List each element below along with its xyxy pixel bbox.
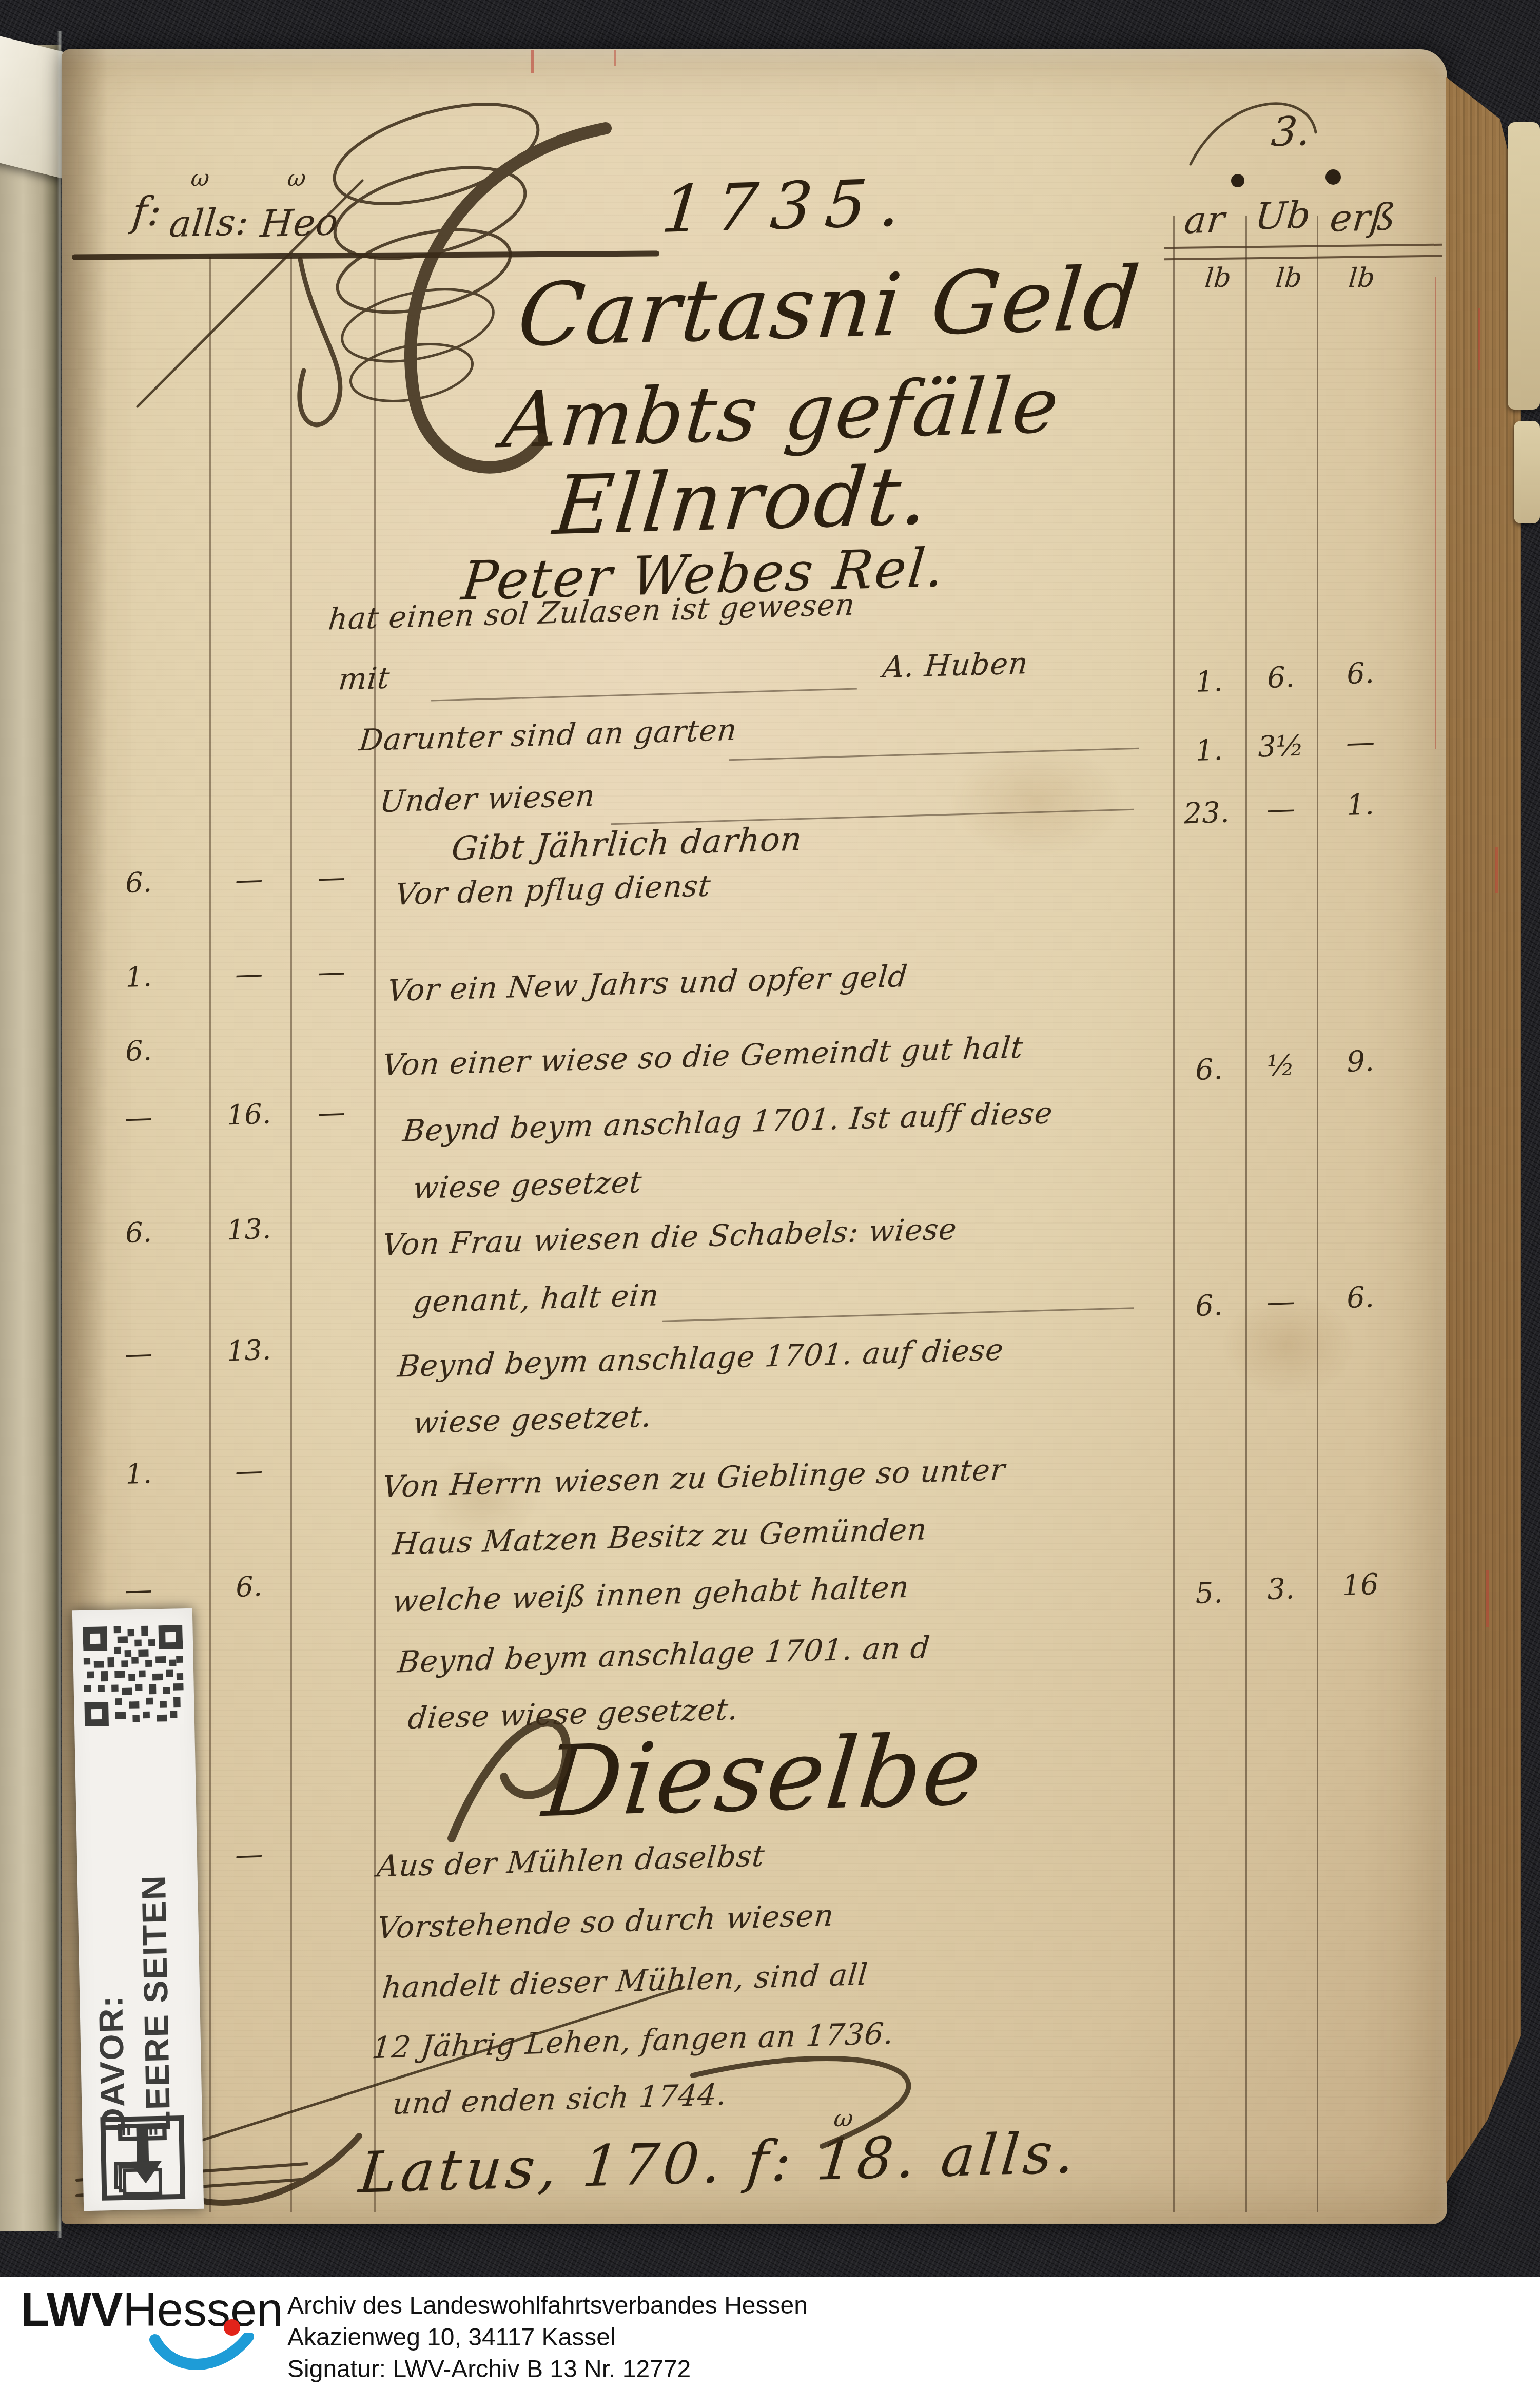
sticker-label-davor: DAVOR: xyxy=(89,1891,132,2132)
footer-signature: Signatur: LWV-Archiv B 13 Nr. 12772 xyxy=(287,2355,691,2383)
scanned-archive-page: f: alls: Heo ω ω ar Ub erß lb lb lb 3. 1… xyxy=(0,0,1540,2388)
qr-code-icon xyxy=(83,1625,184,1726)
lwv-hessen-logo: LWVHessen xyxy=(21,2283,283,2337)
ink-flourishes xyxy=(0,0,1540,2388)
logo-swoosh-icon xyxy=(148,2333,256,2379)
archive-sticker: DAVOR: LEERE SEITEN xyxy=(72,1608,204,2211)
logo-text-bold: LWV xyxy=(21,2284,123,2336)
footer-address: Akazienweg 10, 34117 Kassel xyxy=(287,2323,616,2352)
footer-archive-name: Archiv des Landeswohlfahrtsverbandes Hes… xyxy=(287,2292,808,2320)
insert-pages-icon xyxy=(100,2114,186,2201)
scan-footer: LWVHessen Archiv des Landeswohlfahrtsver… xyxy=(0,2277,1540,2388)
logo-text-regular: Hessen xyxy=(123,2284,283,2336)
sticker-label-leere-seiten: LEERE SEITEN xyxy=(132,1798,178,2132)
